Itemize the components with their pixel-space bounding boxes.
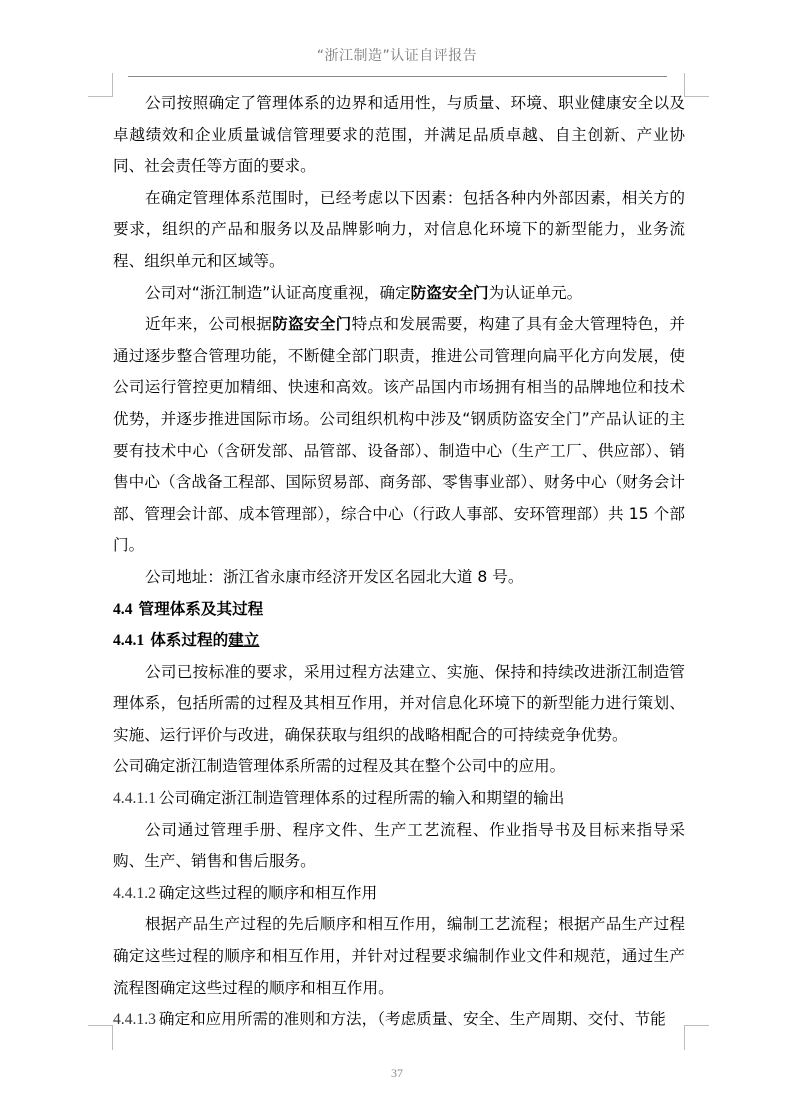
subheading-4-4-1-2: 4.4.1.2确定这些过程的顺序和相互作用 xyxy=(113,878,685,910)
subheading-title: 公司确定浙江制造管理体系的过程所需的输入和期望的输出 xyxy=(159,789,564,807)
subheading-4-4-1-1: 4.4.1.1公司确定浙江制造管理体系的过程所需的输入和期望的输出 xyxy=(113,783,685,815)
heading-number: 4.4.1 xyxy=(113,632,144,649)
paragraph-certification-unit: 公司对“浙江制造”认证高度重视，确定防盗安全门为认证单元。 xyxy=(113,278,685,310)
bold-product-name: 防盗安全门 xyxy=(411,284,489,302)
heading-number: 4.4 xyxy=(113,601,133,618)
header-rule xyxy=(128,76,667,77)
corner-mark-bottom-left xyxy=(88,1025,113,1050)
paragraph-4-4-1-2: 根据产品生产过程的先后顺序和相互作用，编制工艺流程；根据产品生产过程确定这些过程… xyxy=(113,909,685,1004)
header-title: “浙江制造”认证自评报告 xyxy=(0,45,794,65)
text: 特点和发展需要，构建了具有金大管理特色，并通过逐步整合管理功能，不断健全部门职责… xyxy=(113,315,685,554)
bold-product-name: 防盗安全门 xyxy=(272,315,351,333)
paragraph-organization: 近年来，公司根据防盗安全门特点和发展需要，构建了具有金大管理特色，并通过逐步整合… xyxy=(113,309,685,562)
paragraph-4-4-1-1: 公司通过管理手册、程序文件、生产工艺流程、作业指导书及目标来指导采购、生产、销售… xyxy=(113,815,685,878)
heading-title: 体系过程的 xyxy=(150,631,228,649)
subheading-number: 4.4.1.2 xyxy=(113,885,156,902)
subheading-number: 4.4.1.1 xyxy=(113,790,156,807)
document-body: 公司按照确定了管理体系的边界和适用性，与质量、环境、职业健康安全以及卓越绩效和企… xyxy=(113,88,685,1036)
subheading-number: 4.4.1.3 xyxy=(113,1011,156,1028)
text: 近年来，公司根据 xyxy=(145,315,272,333)
subheading-title: 确定和应用所需的准则和方法，（考虑质量、安全、生产周期、交付、节能 xyxy=(159,1010,666,1028)
heading-4-4-1: 4.4.1体系过程的建立 xyxy=(113,625,685,657)
heading-title-underlined: 建立 xyxy=(228,631,259,649)
subheading-title: 确定这些过程的顺序和相互作用 xyxy=(159,884,377,902)
paragraph-process-application: 公司确定浙江制造管理体系所需的过程及其在整个公司中的应用。 xyxy=(113,751,685,783)
paragraph-scope-factors: 在确定管理体系范围时，已经考虑以下因素：包括各种内外部因素，相关方的要求，组织的… xyxy=(113,183,685,278)
subheading-4-4-1-3: 4.4.1.3确定和应用所需的准则和方法，（考虑质量、安全、生产周期、交付、节能 xyxy=(113,1004,685,1036)
paragraph-process-approach: 公司已按标准的要求，采用过程方法建立、实施、保持和持续改进浙江制造管理体系，包括… xyxy=(113,657,685,752)
text: 公司对“浙江制造”认证高度重视，确定 xyxy=(145,284,411,302)
heading-4-4: 4.4管理体系及其过程 xyxy=(113,594,685,626)
corner-mark-top-right xyxy=(684,73,709,97)
heading-title: 管理体系及其过程 xyxy=(139,600,264,618)
paragraph-scope: 公司按照确定了管理体系的边界和适用性，与质量、环境、职业健康安全以及卓越绩效和企… xyxy=(113,88,685,183)
corner-mark-bottom-right xyxy=(684,1025,709,1050)
text: 为认证单元。 xyxy=(489,284,583,302)
page-number: 37 xyxy=(0,1066,794,1081)
paragraph-address: 公司地址：浙江省永康市经济开发区名园北大道 8 号。 xyxy=(113,562,685,594)
corner-mark-top-left xyxy=(88,73,113,97)
